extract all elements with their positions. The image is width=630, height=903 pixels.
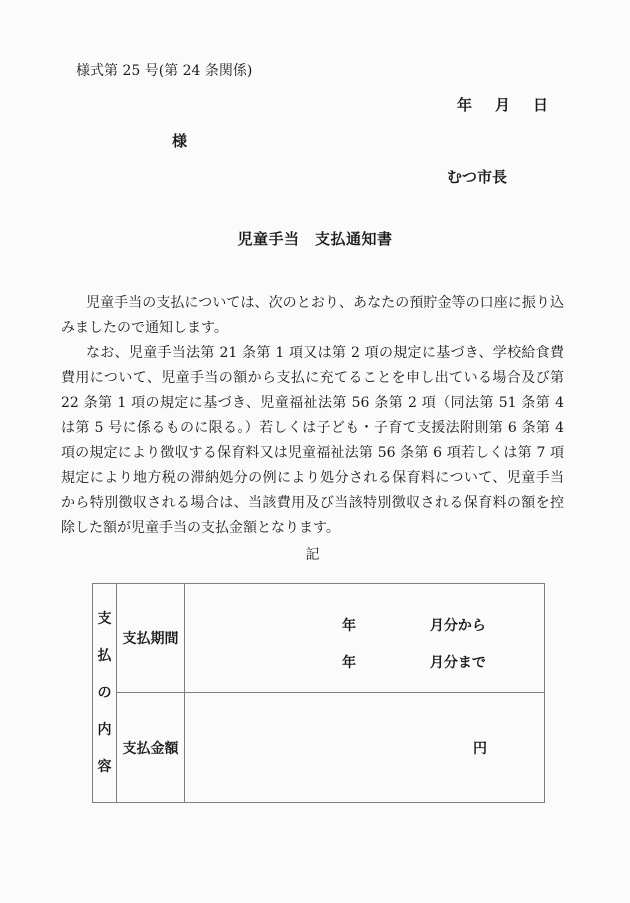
period-to-month-label: 月分まで: [430, 655, 486, 671]
period-to-year-label: 年: [342, 655, 356, 671]
paragraph2-line: 項の規定により徴収する保育料又は児童福祉法第 56 条第 6 項若しくは第 7 …: [61, 441, 564, 466]
paragraph1-line: 児童手当の支払については、次のとおり、あなたの預貯金等の口座に振り込: [61, 291, 564, 316]
payment-amount-unit-label: 円: [185, 738, 487, 758]
rowgroup-char: の: [98, 686, 112, 700]
rowgroup-char: 内: [98, 723, 112, 737]
paragraph2-line: 除した額が児童手当の支払金額となります。: [61, 516, 564, 541]
table-rowgroup-header-payment-contents: 支 払 の 内 容: [93, 584, 117, 802]
rowgroup-char: 払: [98, 649, 112, 663]
paragraph2-line: 規定により地方税の滞納処分の例により処分される保育料について、児童手当: [61, 466, 564, 491]
paragraph2-line: 22 条第 1 項の規定に基づき、児童福祉法第 56 条第 2 項（同法第 51…: [61, 391, 564, 416]
paragraph2-line: から特別徴収される場合は、当該費用及び当該特別徴収される保育料の額を控: [61, 491, 564, 516]
date-year-label: 年: [457, 94, 472, 115]
rowgroup-char: 容: [98, 760, 112, 774]
payment-period-value-cell: 年 月分から 年 月分まで: [185, 584, 544, 693]
document-title: 児童手当 支払通知書: [0, 228, 630, 249]
addressee-suffix: 様: [172, 130, 187, 151]
note-marker: 記: [61, 544, 564, 564]
payment-details-table: 支 払 の 内 容 支払期間 年 月分から 年 月分まで 支払金額 円: [92, 583, 545, 803]
period-from-year-label: 年: [342, 618, 356, 634]
body-text: 児童手当の支払については、次のとおり、あなたの預貯金等の口座に振り込 みましたの…: [61, 291, 564, 541]
date-line: 年 月 日: [457, 94, 548, 115]
paragraph2-line: なお、児童手当法第 21 条第 1 項又は第 2 項の規定に基づき、学校給食費等…: [61, 341, 564, 366]
payment-period-to-line: 年 月分まで: [342, 656, 486, 671]
payment-amount-value-cell: 円: [185, 693, 544, 802]
form-number: 様式第 25 号(第 24 条関係): [76, 60, 252, 80]
paragraph1-line: みましたので通知します。: [61, 316, 564, 341]
paragraph2-line: は第 5 号に係るものに限る。）若しくは子ども・子育て支援法附則第 6 条第 4: [61, 416, 564, 441]
paragraph2-line: 費用について、児童手当の額から支払に充てることを申し出ている場合及び第: [61, 366, 564, 391]
period-from-month-label: 月分から: [430, 618, 486, 634]
payment-period-label: 支払期間: [117, 584, 185, 693]
date-day-label: 日: [533, 94, 548, 115]
sender-name: むつ市長: [447, 166, 507, 187]
document-page: 様式第 25 号(第 24 条関係) 年 月 日 様 むつ市長 児童手当 支払通…: [0, 0, 630, 903]
rowgroup-char: 支: [98, 612, 112, 626]
date-month-label: 月: [495, 94, 510, 115]
payment-amount-label: 支払金額: [117, 693, 185, 802]
payment-period-from-line: 年 月分から: [342, 619, 486, 634]
